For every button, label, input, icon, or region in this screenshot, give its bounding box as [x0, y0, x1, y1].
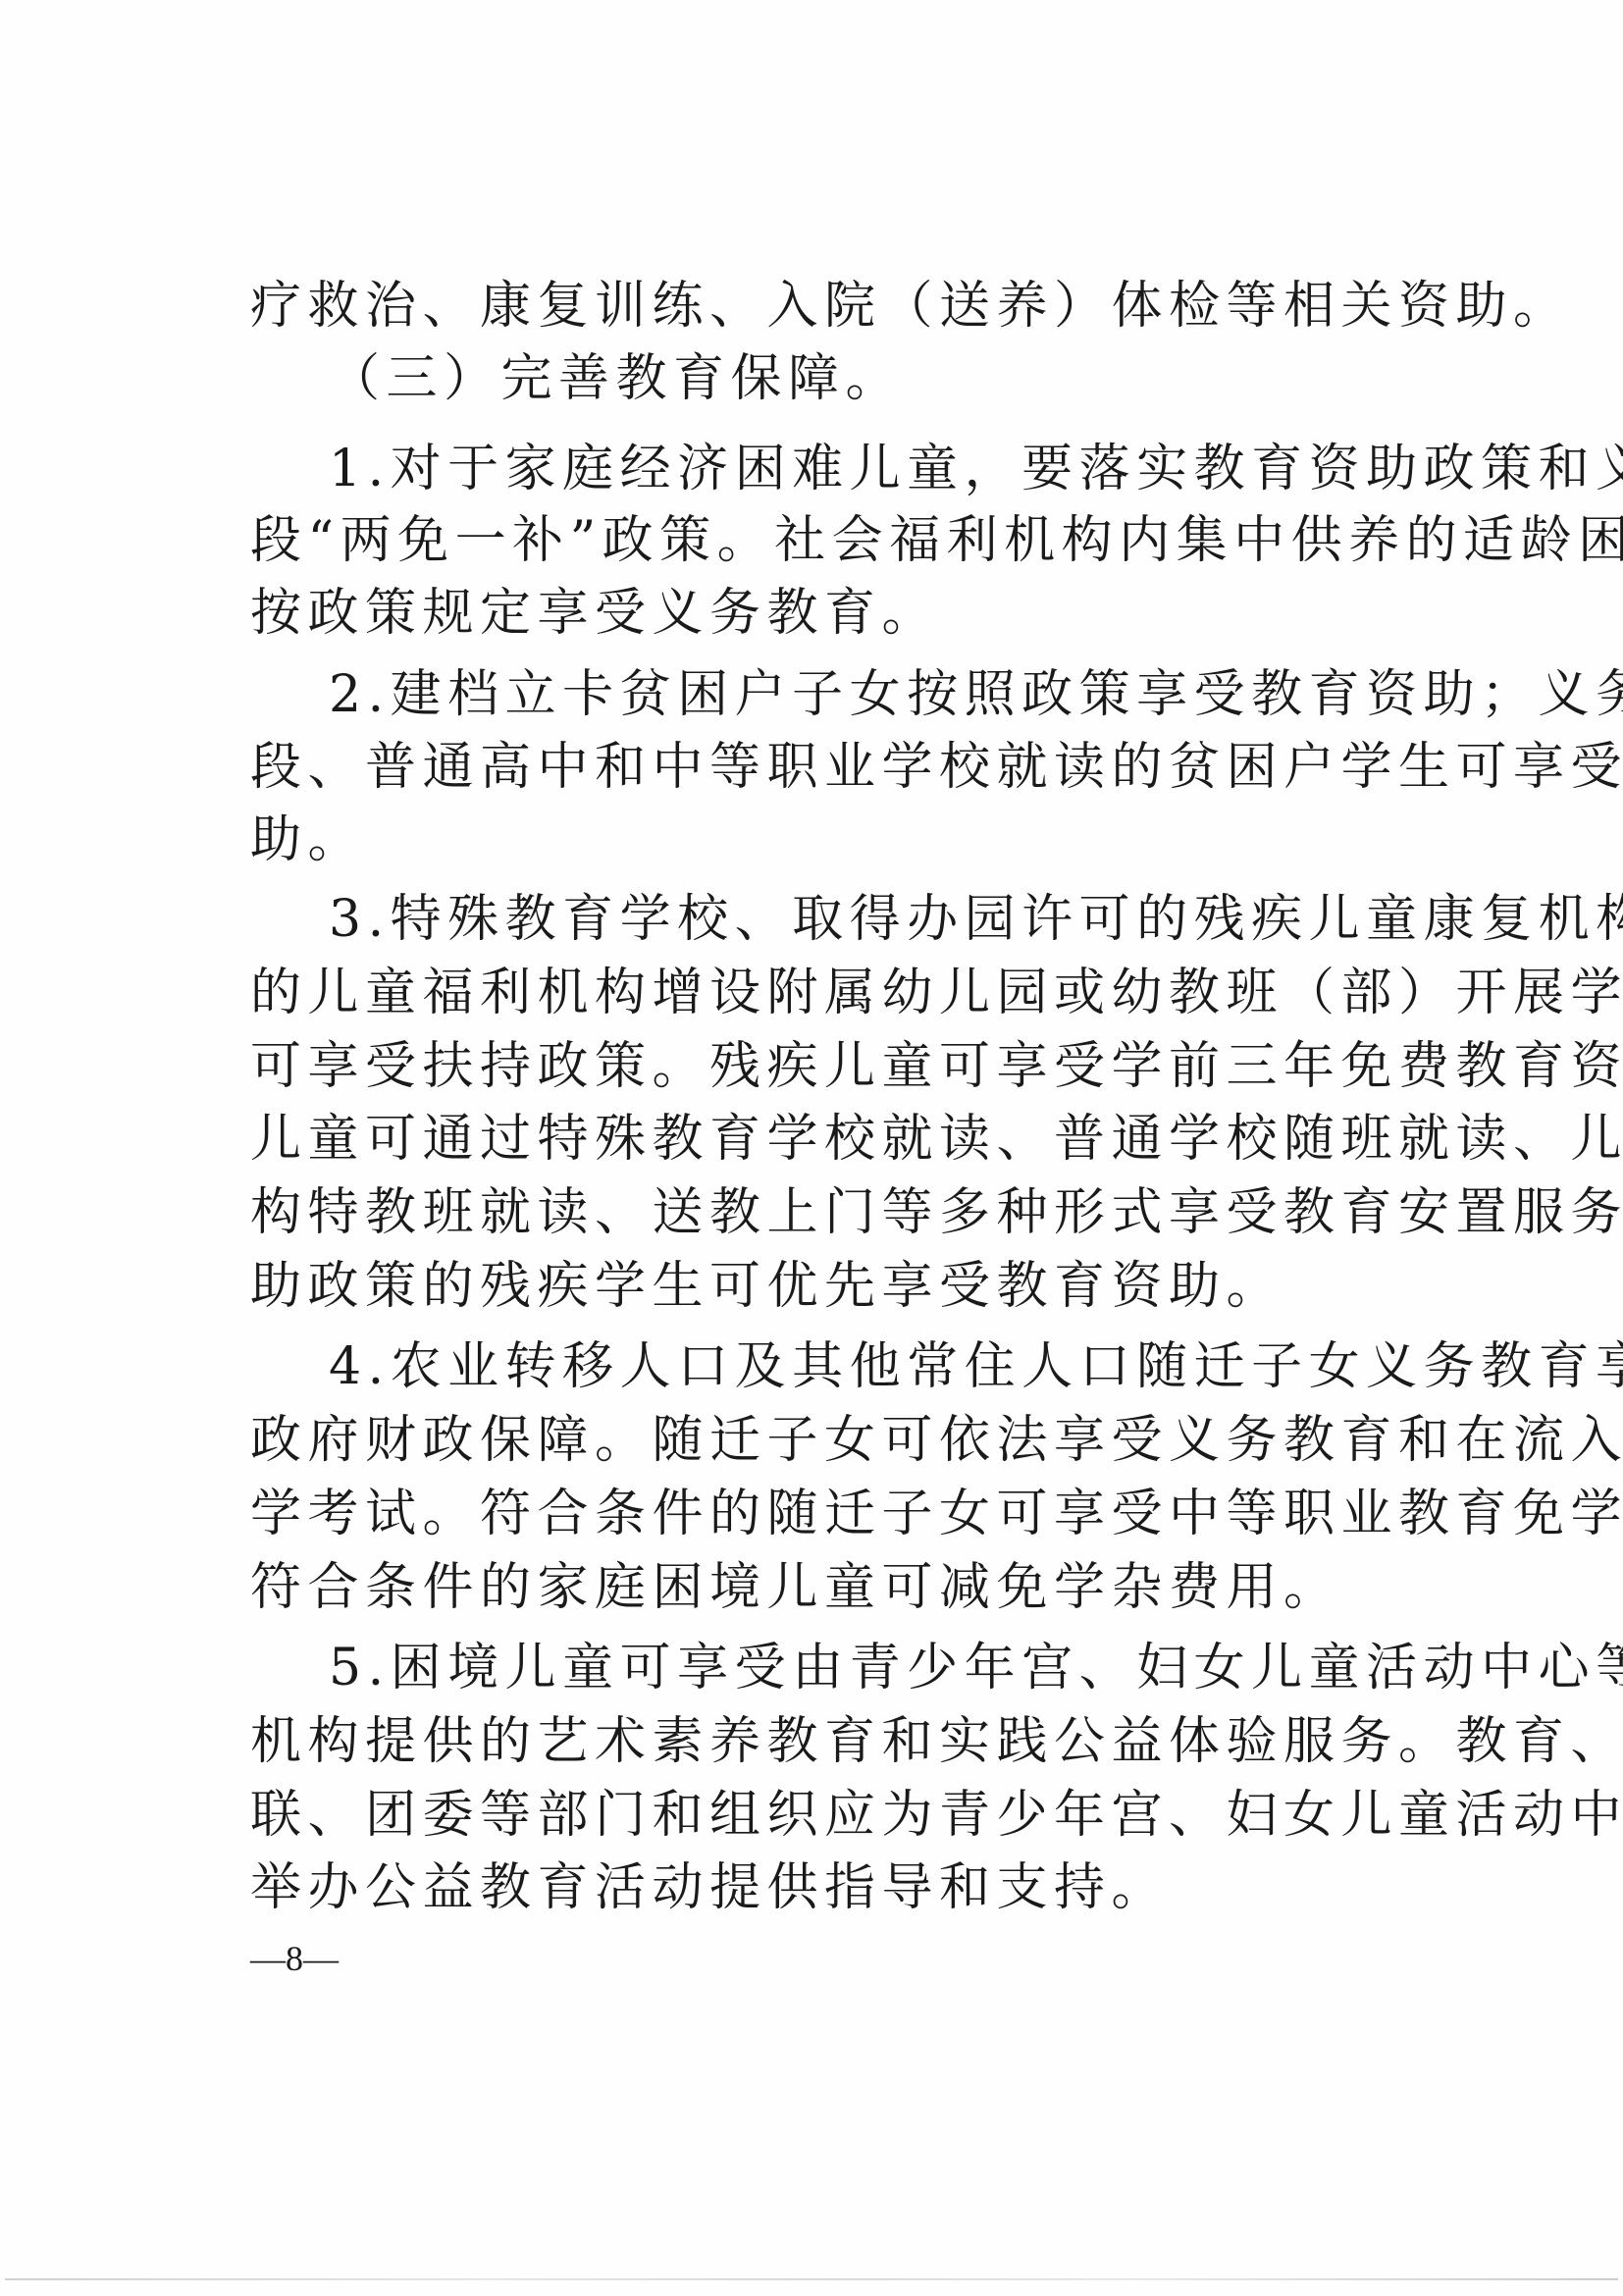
paragraph-5-line: 5.困境儿童可享受由青少年宫、妇女儿童活动中心等校外教育 — [329, 1639, 1623, 1697]
paragraph-4-line: 符合条件的家庭困境儿童可减免学杂费用。 — [250, 1558, 1341, 1617]
paragraph-3-line: 的儿童福利机构增设附属幼儿园或幼教班（部）开展学前教育的， — [250, 964, 1623, 1022]
paragraph-3-line: 构特教班就读、送教上门等多种形式享受教育安置服务；符合资 — [250, 1183, 1623, 1242]
paragraph-5-line: 联、团委等部门和组织应为青少年宫、妇女儿童活动中心等机构 — [250, 1786, 1623, 1845]
paragraph-2-line: 段、普通高中和中等职业学校就读的贫困户学生可享受生活费补 — [250, 738, 1623, 797]
document-page: 疗救治、康复训练、入院（送养）体检等相关资助。 （三）完善教育保障。 1.对于家… — [0, 0, 1623, 2296]
paragraph-2-line: 2.建档立卡贫困户子女按照政策享受教育资助；义务教育阶 — [329, 665, 1623, 724]
body-line: 疗救治、康复训练、入院（送养）体检等相关资助。 — [250, 277, 1571, 336]
paragraph-5-line: 机构提供的艺术素养教育和实践公益体验服务。教育、残联、妇 — [250, 1712, 1623, 1771]
paragraph-3-line: 3.特殊教育学校、取得办园许可的残疾儿童康复机构和有条件 — [329, 890, 1623, 949]
scan-edge-divider — [5, 2278, 1618, 2280]
paragraph-4-line: 政府财政保障。随迁子女可依法享受义务教育和在流入地参加升 — [250, 1411, 1623, 1470]
section-heading: （三）完善教育保障。 — [329, 349, 903, 408]
paragraph-3-line: 助政策的残疾学生可优先享受教育资助。 — [250, 1257, 1283, 1316]
paragraph-3-line: 儿童可通过特殊教育学校就读、普通学校随班就读、儿童福利机 — [250, 1110, 1623, 1169]
paragraph-2-line: 助。 — [250, 810, 365, 869]
paragraph-5-line: 举办公益教育活动提供指导和支持。 — [250, 1858, 1169, 1917]
paragraph-4-line: 4.农业转移人口及其他常住人口随迁子女义务教育享受各级 — [329, 1337, 1623, 1396]
page-number: —8— — [250, 1938, 339, 1979]
paragraph-1-line: 按政策规定享受义务教育。 — [250, 584, 939, 643]
paragraph-1-line: 1.对于家庭经济困难儿童，要落实教育资助政策和义务教育阶 — [329, 440, 1623, 498]
paragraph-3-line: 可享受扶持政策。残疾儿童可享受学前三年免费教育资助；残疾 — [250, 1037, 1623, 1096]
paragraph-4-line: 学考试。符合条件的随迁子女可享受中等职业教育免学费政策。 — [250, 1485, 1623, 1543]
paragraph-1-line: 段“两免一补”政策。社会福利机构内集中供养的适龄困境儿童 — [250, 511, 1623, 570]
